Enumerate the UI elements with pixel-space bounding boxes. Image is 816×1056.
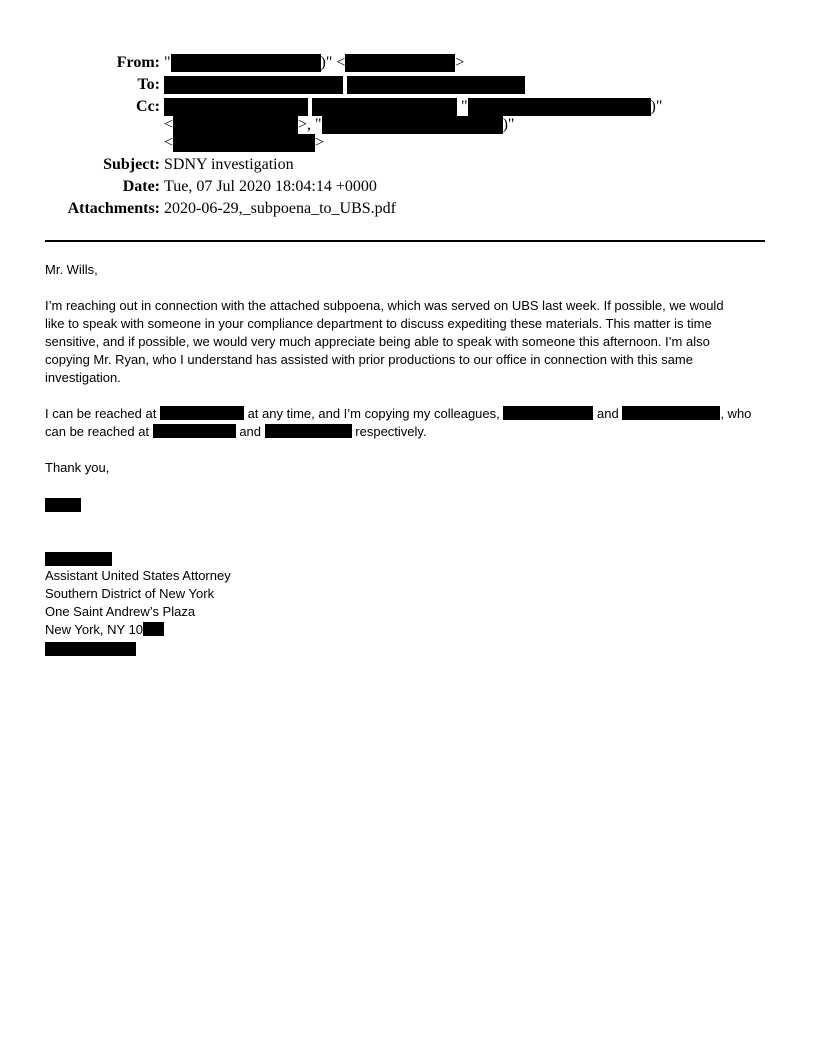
subject-label: Subject: — [103, 156, 160, 174]
cc-label: Cc: — [136, 98, 160, 116]
cc-value-line1: ")" — [164, 98, 662, 116]
redaction — [173, 134, 315, 152]
redaction — [171, 54, 321, 72]
signature-title: Assistant United States Attorney — [45, 567, 775, 585]
redaction — [164, 76, 343, 94]
subject-value: SDNY investigation — [164, 156, 294, 174]
paragraph-line: I’m reaching out in connection with the … — [45, 297, 775, 315]
paragraph-line: investigation. — [45, 369, 775, 387]
redaction — [164, 98, 308, 116]
redaction — [468, 98, 651, 116]
to-label: To: — [137, 76, 160, 94]
attachment-link[interactable]: 2020-06-29,_subpoena_to_UBS.pdf — [164, 200, 396, 218]
cc-value-line3: <> — [164, 134, 324, 152]
paragraph-line: can be reached at and respectively. — [45, 423, 775, 441]
date-value: Tue, 07 Jul 2020 18:04:14 +0000 — [164, 178, 377, 196]
signature-fullname-redaction — [45, 552, 112, 566]
redaction — [173, 116, 298, 134]
attachments-label: Attachments: — [68, 200, 160, 218]
header-divider — [45, 240, 765, 242]
signature-city: New York, NY 10 — [45, 621, 775, 639]
paragraph-line: copying Mr. Ryan, who I understand has a… — [45, 351, 775, 369]
paragraph-line: sensitive, and if possible, we would ver… — [45, 333, 775, 351]
signature-phone-redaction — [45, 642, 136, 656]
redaction — [153, 424, 236, 438]
redaction — [347, 76, 525, 94]
redaction — [503, 406, 593, 420]
to-value — [164, 76, 525, 94]
redaction — [143, 622, 164, 636]
redaction — [622, 406, 720, 420]
redaction — [160, 406, 244, 420]
redaction — [265, 424, 352, 438]
redaction — [345, 54, 455, 72]
cc-value-line2: <>, ")" — [164, 116, 514, 134]
closing: Thank you, — [45, 459, 775, 477]
signature-office: Southern District of New York — [45, 585, 775, 603]
signature-name-redaction — [45, 498, 81, 512]
from-value: ")" <> — [164, 54, 464, 72]
signature-address: One Saint Andrew’s Plaza — [45, 603, 775, 621]
paragraph-1: I’m reaching out in connection with the … — [45, 297, 775, 387]
signature-block: Assistant United States Attorney Souther… — [45, 567, 775, 639]
redaction — [312, 98, 457, 116]
paragraph-line: I can be reached at at any time, and I’m… — [45, 405, 775, 423]
redaction — [322, 116, 503, 134]
paragraph-line: like to speak with someone in your compl… — [45, 315, 775, 333]
from-label: From: — [117, 54, 160, 72]
date-label: Date: — [123, 178, 160, 196]
paragraph-2: I can be reached at at any time, and I’m… — [45, 405, 775, 441]
greeting: Mr. Wills, — [45, 261, 775, 279]
